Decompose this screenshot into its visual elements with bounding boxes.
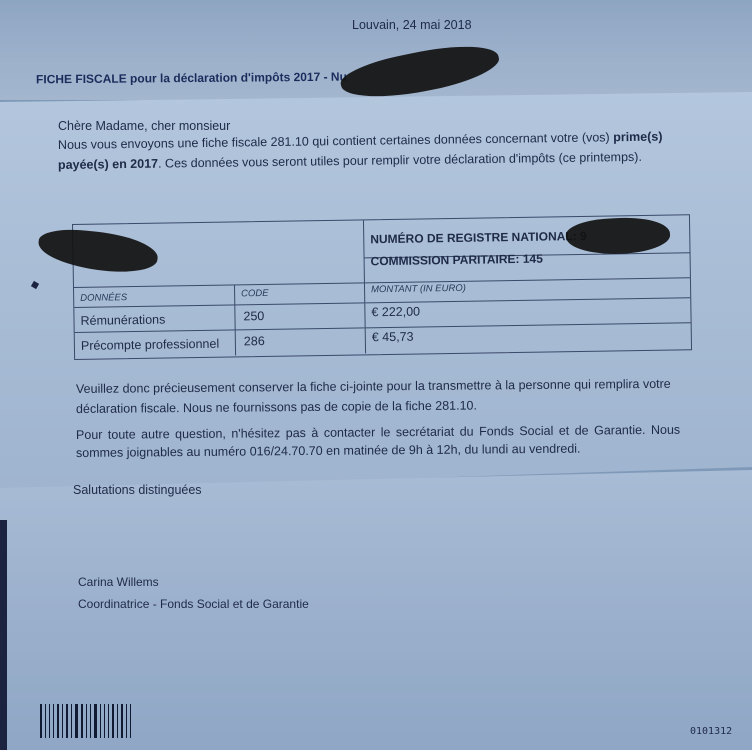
row-label: Rémunérations: [80, 313, 165, 328]
cell-label: Rémunérations: [74, 305, 234, 332]
row-amount: € 222,00: [371, 305, 420, 320]
row-label: Précompte professionnel: [81, 337, 219, 353]
page-edge-shadow: [0, 520, 7, 750]
row-code: 286: [244, 334, 265, 348]
row-amount: € 45,73: [372, 330, 414, 345]
signer-name: Carina Willems: [78, 575, 159, 589]
salutation: Chère Madame, cher monsieur: [58, 119, 230, 133]
cell-amount: € 222,00: [364, 298, 691, 327]
cell-code: 250: [234, 303, 365, 329]
intro-bold: prime(s): [613, 130, 663, 145]
closing: Salutations distinguées: [73, 483, 202, 497]
column-header: DONNÉES: [80, 292, 127, 304]
intro-bold-year: payée(s) en 2017: [58, 157, 158, 172]
col-donnees: DONNÉES: [74, 284, 234, 307]
cell-amount: € 45,73: [365, 323, 692, 353]
joint-committee: COMMISSION PARITAIRE: 145: [371, 252, 543, 269]
column-header: CODE: [241, 288, 269, 299]
col-code: CODE: [234, 282, 365, 304]
signer-role: Coordinatrice - Fonds Social et de Garan…: [78, 597, 309, 611]
document-number: 0101312: [690, 726, 732, 737]
column-header: MONTANT (IN EURO): [371, 283, 466, 295]
barcode: [40, 704, 172, 738]
cell-code: 286: [235, 328, 366, 355]
national-register-number: NUMÉRO DE REGISTRE NATIONAL: 9: [370, 229, 587, 246]
cell-label: Précompte professionnel: [75, 330, 235, 358]
letter-subject: FICHE FISCALE pour la déclaration d'impô…: [36, 70, 347, 87]
row-code: 250: [243, 309, 264, 323]
place-date: Louvain, 24 mai 2018: [352, 18, 472, 32]
